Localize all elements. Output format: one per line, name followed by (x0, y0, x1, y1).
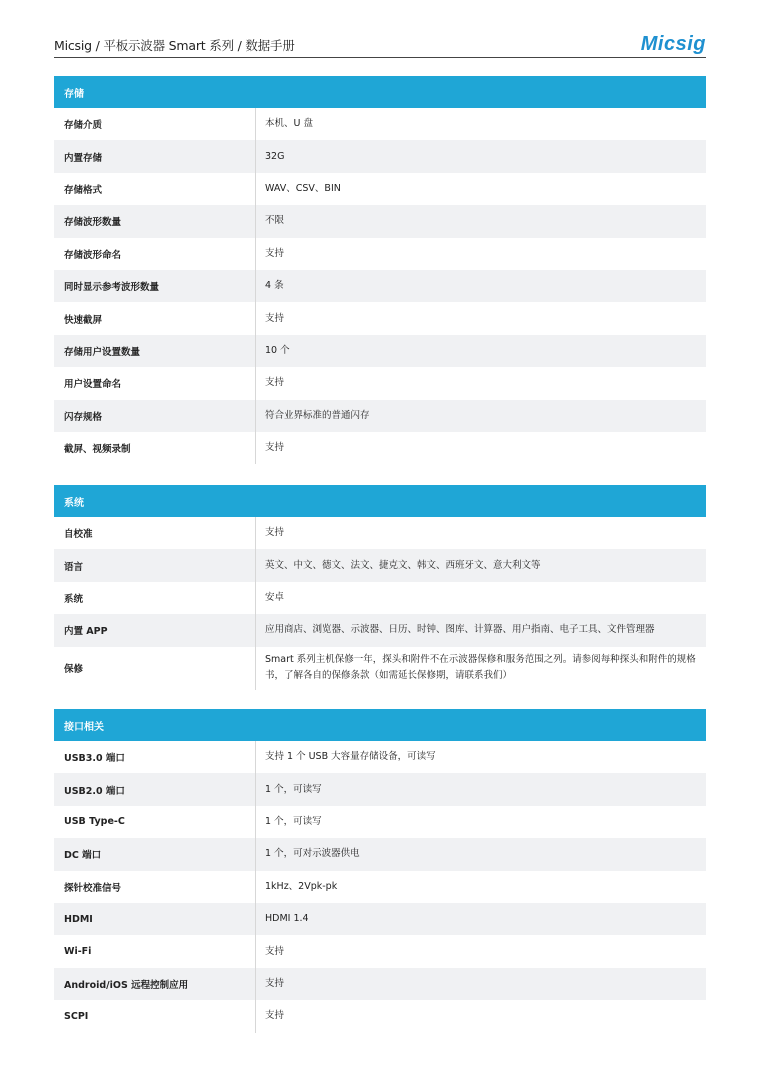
row-label: 存储用户设置数量 (54, 335, 256, 367)
row-value: 不限 (256, 205, 706, 237)
row-label: 存储波形命名 (54, 238, 256, 270)
row-value: 支持 (256, 517, 706, 549)
row-value: 1 个，可读写 (256, 773, 706, 805)
table-row: 存储用户设置数量10 个 (54, 335, 706, 367)
table-row: 系统安卓 (54, 582, 706, 614)
row-value: Smart 系列主机保修一年，探头和附件不在示波器保修和服务范围之列。请参阅每种… (256, 647, 706, 690)
table-row: 自校准支持 (54, 517, 706, 549)
row-value: 支持 1 个 USB 大容量存储设备，可读写 (256, 741, 706, 773)
row-value: 支持 (256, 302, 706, 334)
row-value: 支持 (256, 935, 706, 967)
row-value: WAV、CSV、BIN (256, 173, 706, 205)
row-value: 支持 (256, 367, 706, 399)
row-label: 内置存储 (54, 140, 256, 172)
row-label: 闪存规格 (54, 400, 256, 432)
table-row: USB Type-C1 个，可读写 (54, 806, 706, 838)
table-row: 快速截屏支持 (54, 302, 706, 334)
storage-spec-table: 存储 存储介质本机、U 盘 内置存储32G 存储格式WAV、CSV、BIN 存储… (54, 76, 706, 464)
row-value: 支持 (256, 968, 706, 1000)
row-value: 本机、U 盘 (256, 108, 706, 140)
row-label: 探针校准信号 (54, 871, 256, 903)
system-rows: 自校准支持 语言英文、中文、德文、法文、捷克文、韩文、西班牙文、意大利文等 系统… (54, 517, 706, 690)
row-label: 存储波形数量 (54, 205, 256, 237)
table-row: 同时显示参考波形数量4 条 (54, 270, 706, 302)
row-value: HDMI 1.4 (256, 903, 706, 935)
table-row: DC 端口1 个，可对示波器供电 (54, 838, 706, 870)
row-label: USB Type-C (54, 806, 256, 838)
row-value: 1 个，可对示波器供电 (256, 838, 706, 870)
row-value: 安卓 (256, 582, 706, 614)
row-label: HDMI (54, 903, 256, 935)
row-value: 支持 (256, 1000, 706, 1032)
table-row: 存储格式WAV、CSV、BIN (54, 173, 706, 205)
row-value: 32G (256, 140, 706, 172)
system-spec-table: 系统 自校准支持 语言英文、中文、德文、法文、捷克文、韩文、西班牙文、意大利文等… (54, 485, 706, 690)
section-header-interfaces: 接口相关 (54, 709, 706, 741)
table-row: USB3.0 端口支持 1 个 USB 大容量存储设备，可读写 (54, 741, 706, 773)
table-row: 闪存规格符合业界标准的普通闪存 (54, 400, 706, 432)
interface-spec-table: 接口相关 USB3.0 端口支持 1 个 USB 大容量存储设备，可读写 USB… (54, 709, 706, 1033)
row-value: 4 条 (256, 270, 706, 302)
row-value: 支持 (256, 238, 706, 270)
table-row: 存储波形数量不限 (54, 205, 706, 237)
row-label: 内置 APP (54, 614, 256, 646)
row-value: 支持 (256, 432, 706, 464)
table-row: 内置存储32G (54, 140, 706, 172)
table-row: 语言英文、中文、德文、法文、捷克文、韩文、西班牙文、意大利文等 (54, 549, 706, 581)
table-row: USB2.0 端口1 个，可读写 (54, 773, 706, 805)
row-value: 1kHz、2Vpk-pk (256, 871, 706, 903)
section-header-storage: 存储 (54, 76, 706, 108)
row-label: 自校准 (54, 517, 256, 549)
row-label: USB3.0 端口 (54, 741, 256, 773)
row-label: SCPI (54, 1000, 256, 1032)
row-value: 英文、中文、德文、法文、捷克文、韩文、西班牙文、意大利文等 (256, 549, 706, 581)
breadcrumb: Micsig / 平板示波器 Smart 系列 / 数据手册 (54, 36, 295, 54)
table-row: Android/iOS 远程控制应用支持 (54, 968, 706, 1000)
table-row: 探针校准信号1kHz、2Vpk-pk (54, 871, 706, 903)
row-label: 同时显示参考波形数量 (54, 270, 256, 302)
row-value: 1 个，可读写 (256, 806, 706, 838)
row-label: 存储格式 (54, 173, 256, 205)
table-row: 内置 APP应用商店、浏览器、示波器、日历、时钟、图库、计算器、用户指南、电子工… (54, 614, 706, 646)
table-row: SCPI支持 (54, 1000, 706, 1032)
row-label: Android/iOS 远程控制应用 (54, 968, 256, 1000)
section-header-system: 系统 (54, 485, 706, 517)
row-label: 存储介质 (54, 108, 256, 140)
micsig-logo: Micsig (641, 33, 706, 56)
row-value: 应用商店、浏览器、示波器、日历、时钟、图库、计算器、用户指南、电子工具、文件管理… (256, 614, 706, 646)
table-row: Wi-Fi支持 (54, 935, 706, 967)
table-row: 存储波形命名支持 (54, 238, 706, 270)
table-row: HDMIHDMI 1.4 (54, 903, 706, 935)
row-label: 快速截屏 (54, 302, 256, 334)
storage-rows: 存储介质本机、U 盘 内置存储32G 存储格式WAV、CSV、BIN 存储波形数… (54, 108, 706, 464)
row-label: 截屏、视频录制 (54, 432, 256, 464)
interface-rows: USB3.0 端口支持 1 个 USB 大容量存储设备，可读写 USB2.0 端… (54, 741, 706, 1033)
row-label: 系统 (54, 582, 256, 614)
table-row: 截屏、视频录制支持 (54, 432, 706, 464)
row-label: 语言 (54, 549, 256, 581)
row-label: 用户设置命名 (54, 367, 256, 399)
page-header: Micsig / 平板示波器 Smart 系列 / 数据手册 Micsig (54, 30, 706, 58)
row-label: USB2.0 端口 (54, 773, 256, 805)
row-label: 保修 (54, 647, 256, 690)
table-row: 存储介质本机、U 盘 (54, 108, 706, 140)
table-row: 保修Smart 系列主机保修一年，探头和附件不在示波器保修和服务范围之列。请参阅… (54, 647, 706, 690)
row-label: Wi-Fi (54, 935, 256, 967)
table-row: 用户设置命名支持 (54, 367, 706, 399)
row-label: DC 端口 (54, 838, 256, 870)
row-value: 符合业界标准的普通闪存 (256, 400, 706, 432)
row-value: 10 个 (256, 335, 706, 367)
